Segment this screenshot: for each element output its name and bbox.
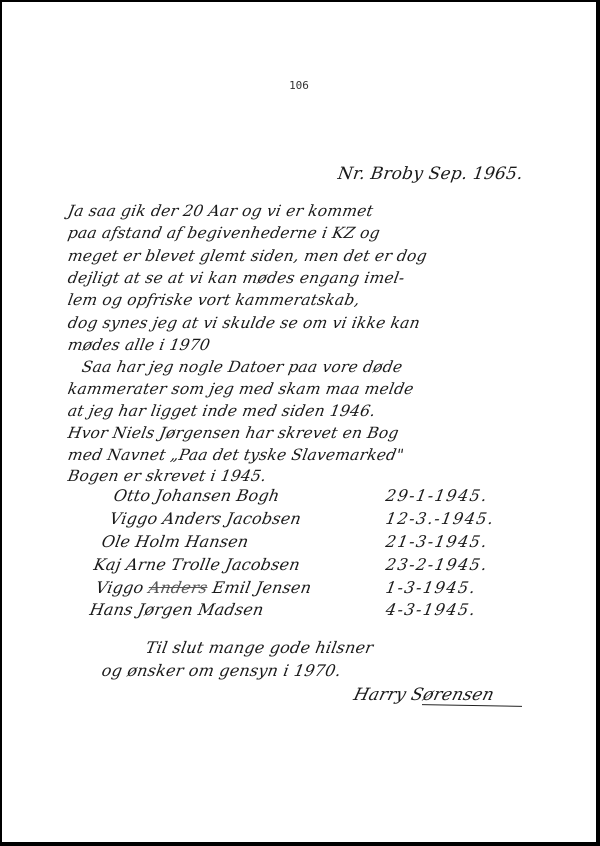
struck-name: Anders [147, 578, 209, 597]
death-date: 1-3-1945. [384, 578, 478, 597]
closing-line: og ønsker om gensyn i 1970. [100, 661, 342, 680]
deceased-name: Otto Johansen Bogh [112, 486, 281, 505]
death-date: 4-3-1945. [384, 600, 478, 619]
name-prefix: Viggo [94, 578, 145, 597]
death-date: 23-2-1945. [384, 555, 490, 574]
death-date: 21-3-1945. [384, 532, 490, 551]
closing-line: Til slut mange gode hilsner [144, 638, 375, 657]
deceased-name: Ole Holm Hansen [100, 532, 250, 551]
death-date: 29-1-1945. [384, 486, 490, 505]
deceased-name: Kaj Arne Trolle Jacobsen [92, 555, 301, 574]
deceased-name: Viggo Anders Emil Jensen [94, 578, 313, 597]
signature: Harry Sørensen [352, 685, 497, 705]
document-page: 106 Nr. Broby Sep. 1965. Ja saa gik der … [2, 2, 598, 844]
deceased-name: Hans Jørgen Madsen [88, 600, 265, 619]
deceased-list: Otto Johansen Bogh 29-1-1945. Viggo Ande… [2, 2, 600, 846]
deceased-name: Viggo Anders Jacobsen [108, 509, 302, 528]
name-suffix: Emil Jensen [211, 578, 313, 597]
death-date: 12-3.-1945. [384, 509, 496, 528]
